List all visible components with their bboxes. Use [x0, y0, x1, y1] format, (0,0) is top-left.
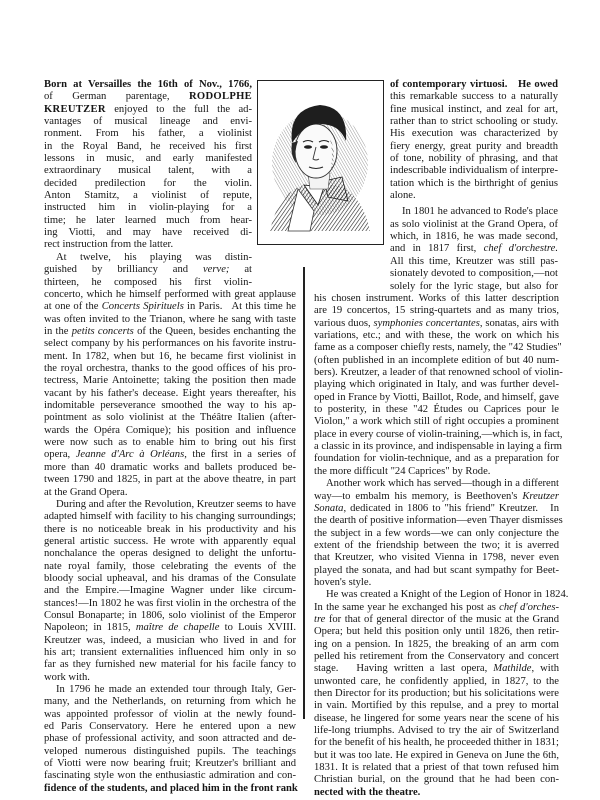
text-fragment: of contemporary virtuosi.	[390, 79, 507, 90]
italic-term: maître de chapelle	[136, 622, 220, 633]
text-line: place in every course of violin-training…	[314, 429, 559, 441]
text-line: alone.	[390, 190, 558, 202]
text-line: solely for the lyric stage, but also for	[390, 281, 558, 293]
text-line: at the Grand Opera.	[44, 487, 296, 499]
text-line: a classic in its province, and indispens…	[314, 441, 559, 453]
text-line: time; he later learned much from hear-	[44, 215, 252, 227]
text-line: fiery energy, great purity and breadth	[390, 141, 558, 153]
portrait-frame	[257, 80, 384, 245]
text-line: then Director for its production; but hi…	[314, 688, 559, 700]
text-line: rect instruction from the latter.	[44, 239, 252, 251]
text-line: All this time, Kreutzer was still pas-	[390, 256, 558, 268]
text-line: rather than to strict schooling or study…	[390, 116, 558, 128]
text-line: disease, he lingered for some years near…	[314, 713, 559, 725]
italic-term: Mathilde	[493, 663, 531, 674]
italic-term: verve;	[203, 264, 229, 275]
text-line: Another work which has served—though in …	[314, 478, 559, 490]
text-line: pointment as solo violinist at the Théât…	[44, 412, 296, 424]
text-line: the dearth of positive information—even …	[314, 515, 559, 527]
text-line: His execution was characterized by	[390, 128, 558, 140]
text-line: Napoleon; in 1815, maître de chapelle to…	[44, 622, 296, 634]
portrait-engraving-icon	[258, 81, 382, 243]
text-line: Anton Stamitz, a violinist of repute,	[44, 190, 252, 202]
text-line: way—to embalm his memory, is Beethoven's…	[314, 491, 559, 503]
text-line: tation which is the birthright of genius	[390, 178, 558, 190]
text-line: In the same year he exchanged his post a…	[314, 602, 559, 614]
text-line: oped in France by Viotti, Baillot, Rode,…	[314, 392, 559, 404]
text-line: ing Viotti, and may have received di-	[44, 227, 252, 239]
text-line: work with.	[44, 672, 296, 684]
text-line: adapted himself with facility to his cha…	[44, 511, 296, 523]
text-line: pelled his retirement from the Conservat…	[314, 651, 559, 663]
text-line: hoven's style.	[314, 577, 559, 589]
italic-term: chef d'orches-	[499, 602, 559, 613]
italic-term: tre	[314, 614, 325, 625]
text-line: tre for that of general director of the …	[314, 614, 559, 626]
text-line: of contemporary virtuosi. He owed	[390, 79, 558, 91]
text-line: extent of the friendship between the two…	[314, 540, 559, 552]
text-line: During and after the Revolution, Kreutze…	[44, 499, 296, 511]
text-line: Consul Bonaparte; in 1806, solo violinis…	[44, 610, 296, 622]
text-line: foundation for violin-technique, and as …	[314, 453, 559, 465]
text-line: life-long triumphs. Advised to try the a…	[314, 725, 559, 737]
text-line: bloody social upheaval, and his dramas o…	[44, 573, 296, 585]
text-line: at one of the Concerts Spirituels in Par…	[44, 301, 296, 313]
text-line: there is no noticeable break in his prod…	[44, 524, 296, 536]
right-column-full: his chosen instrument. Works of this lat…	[314, 293, 559, 799]
text-fragment: He owed	[518, 79, 558, 90]
text-line: far as they furnished new material for h…	[44, 659, 296, 671]
text-line: Opera; but held this position only until…	[314, 626, 559, 638]
text-line: the subject in a few words—we can only c…	[314, 528, 559, 540]
text-line: more than 40 dramatic works and ballets …	[44, 462, 296, 474]
text-line: that Kreutzer, who visited Vienna in 179…	[314, 552, 559, 564]
text-line: select company by his performances on hi…	[44, 338, 296, 350]
text-line: lessons in music, and early manifested	[44, 153, 252, 165]
text-line: nonchalance the operas designed to delig…	[44, 548, 296, 560]
text-line: In 1801 he advanced to Rode's place	[390, 206, 558, 218]
text-line: was appointed professor of violin at the…	[44, 709, 296, 721]
text-line: ed Paris Conservatory. Here he entered u…	[44, 721, 296, 733]
text-line: his chosen instrument. Works of this lat…	[314, 293, 559, 305]
text-line: sionately devoted to composition,—not	[390, 268, 558, 280]
left-column-top: Born at Versailles the 16th of Nov., 176…	[44, 79, 252, 289]
text-line: playing which originated in Italy, and w…	[314, 379, 559, 391]
text-line: ing on a pension. In 1825, the breaking …	[314, 639, 559, 651]
text-line: guished by brilliancy and verve; at	[44, 264, 252, 276]
italic-term: petits concerts	[72, 326, 134, 337]
text-line: tween 1790 and 1825, in part at the abov…	[44, 474, 296, 486]
text-line: Violon," a work which still of right occ…	[314, 416, 559, 428]
text-line: nate royal family, those celebrating the…	[44, 561, 296, 573]
text-line: At twelve, his playing was distin-	[44, 252, 252, 264]
text-line: was often invited to the Trianon, where …	[44, 314, 296, 326]
text-line: indomitable perseverance smoothed the wa…	[44, 400, 296, 412]
text-line: indescribable individualism of interpre-	[390, 165, 558, 177]
text-line: instructed him in violin-playing for a	[44, 202, 252, 214]
text-line: to posterity, in these "42 Études ou Cap…	[314, 404, 559, 416]
text-line: are 19 concertos, 15 string-quartets and…	[314, 305, 559, 317]
column-divider	[303, 267, 305, 719]
text-line: nected with the theatre.	[314, 787, 559, 799]
book-page: Born at Versailles the 16th of Nov., 176…	[0, 0, 600, 800]
text-line: concerto, which he himself performed wit…	[44, 289, 296, 301]
text-line: bers). Kreutzer, a leader of that renown…	[314, 367, 559, 379]
subject-name: RODOLPHE	[189, 91, 252, 102]
text-line: as solo violinist at the Grand Opera, of	[390, 219, 558, 231]
text-line: various duos, symphonies concertantes, s…	[314, 318, 559, 330]
text-line: many, and the Netherlands, on returning …	[44, 696, 296, 708]
text-line: 1831. It is related that a priest of tha…	[314, 762, 559, 774]
text-line: (often published in an incomplete editio…	[314, 355, 559, 367]
text-line: in the petits concerts of the Queen, bes…	[44, 326, 296, 338]
text-line: in the Royal Band, he received his first	[44, 141, 252, 153]
text-line: but it was too late. He expired in Genev…	[314, 750, 559, 762]
text-line: opera, Jeanne d'Arc à Orléans, the first…	[44, 449, 296, 461]
opening-line: Born at Versailles the 16th of Nov., 176…	[44, 79, 252, 91]
text-line: ment. In 1782, when but 16, he became fi…	[44, 351, 296, 363]
text-line: for the benefit of his health, he procee…	[314, 737, 559, 749]
text-line: were now such as to enable him to bring …	[44, 437, 296, 449]
text-line: in vain. Mortified by this repulse, and …	[314, 700, 559, 712]
italic-term: Sonata	[314, 503, 343, 514]
text-line: wards the Opéra Comique); his position a…	[44, 425, 296, 437]
left-column-full: concerto, which he himself performed wit…	[44, 289, 296, 795]
text-line: fidence of the students, and placed him …	[44, 783, 296, 795]
subject-name: KREUTZER	[44, 104, 106, 115]
text-line: fame as a composer chiefly rests, namely…	[314, 342, 559, 354]
italic-term: Kreutzer	[522, 491, 559, 502]
text-line: general artistic success. He wrote with …	[44, 536, 296, 548]
text-line: He was created a Knight of the Legion of…	[314, 589, 559, 601]
text-line: phase of professional activity, and soon…	[44, 733, 296, 745]
italic-term: Concerts Spirituels	[102, 301, 184, 312]
text-line: the more difficult "24 Caprices" by Rode…	[314, 466, 559, 478]
text-line: Sonata, dedicated in 1806 to "his friend…	[314, 503, 559, 515]
text-line: of Viotti were now bearing fruit; Kreutz…	[44, 758, 296, 770]
text-line: tectress, Marie Antoinette; taking the p…	[44, 375, 296, 387]
text-line: stances!—In 1802 he was first violin in …	[44, 598, 296, 610]
text-line: unwonted care, he confidently applied, i…	[314, 676, 559, 688]
text-line: this remarkable success to a naturally	[390, 91, 558, 103]
text-line: vacant by his father's decease. Eight ye…	[44, 388, 296, 400]
italic-term: Jeanne d'Arc à Orléans	[76, 449, 185, 460]
text-line: extraordinary musical talent, with a	[44, 165, 252, 177]
text-line: fine musical instinct, and zeal for art,	[390, 104, 558, 116]
text-line: vantages of musical lineage and envi-	[44, 116, 252, 128]
text-line: and in 1817 first, chef d'orchestre.	[390, 243, 558, 255]
text-line: of German parentage, RODOLPHE	[44, 91, 252, 103]
italic-term: chef d'orchestre.	[484, 243, 558, 254]
text-line: Born at Versailles the 16th of Nov., 176…	[44, 79, 252, 90]
text-line: ronment. From his father, a violinist	[44, 128, 252, 140]
text-line: In 1796 he made an extended tour through…	[44, 684, 296, 696]
text-line: variations, etc.; and with these, the wo…	[314, 330, 559, 342]
text-line: and the Empire.—Imagine Wagner under lik…	[44, 585, 296, 597]
right-column-top: of contemporary virtuosi. He owed this r…	[390, 79, 558, 293]
text-line: his art; transient externalities influen…	[44, 647, 296, 659]
text-line: the royal orchestra, thanks to the good …	[44, 363, 296, 375]
text-line: fascinating style won the enthusiastic a…	[44, 770, 296, 782]
text-line: Christian burial, on the ground that he …	[314, 774, 559, 786]
text-line: of tone, nobility of phrasing, and that	[390, 153, 558, 165]
text-line: KREUTZER enjoyed to the full the ad-	[44, 104, 252, 116]
text-line: played the sonata, and had but scant sym…	[314, 565, 559, 577]
text-line: thirteen, he composed his first violin-	[44, 277, 252, 289]
text-line: stage. Having written a last opera, Math…	[314, 663, 559, 675]
text-line: which, in 1816, he was made second,	[390, 231, 558, 243]
text-line: decided predilection for the violin.	[44, 178, 252, 190]
text-line: Kreutzer was, indeed, a musician who liv…	[44, 635, 296, 647]
italic-term: symphonies concertantes	[374, 318, 480, 329]
text-line: veloped numerous distinguished pupils. T…	[44, 746, 296, 758]
